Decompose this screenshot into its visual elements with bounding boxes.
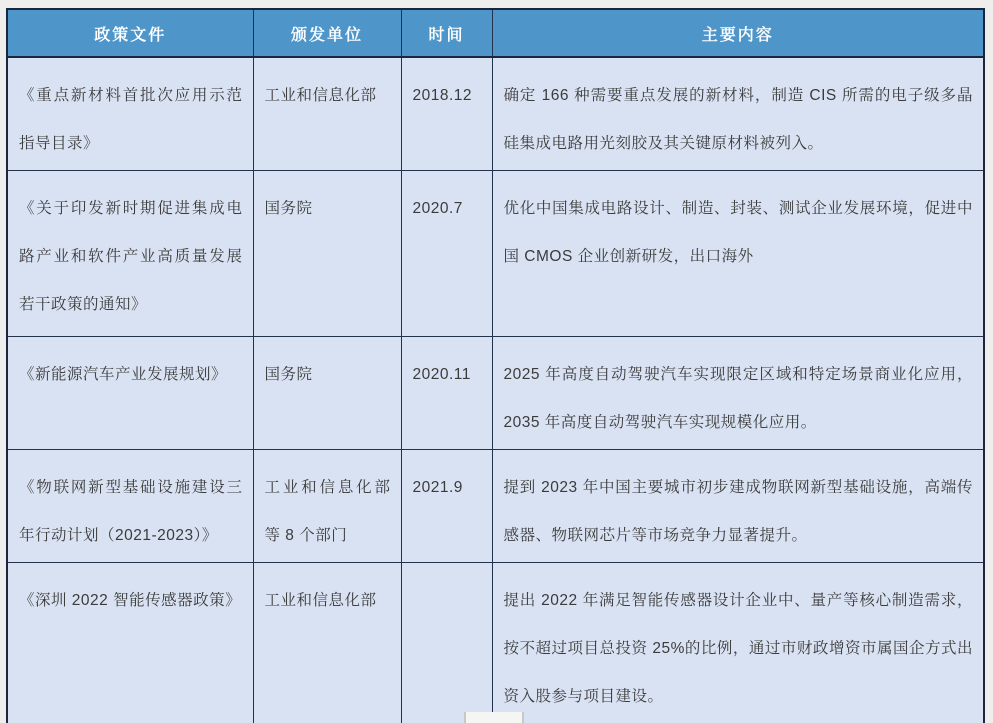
table-row: 《物联网新型基础设施建设三年行动计划（2021-2023）》 工业和信息化部等 … [7,450,984,563]
table-header-row: 政策文件 颁发单位 时间 主要内容 [7,9,984,57]
policy-cell: 《关于印发新时期促进集成电路产业和软件产业高质量发展若干政策的通知》 [7,171,253,337]
date-cell: 2018.12 [401,57,492,171]
column-header-time: 时间 [401,9,492,57]
horizontal-scrollbar-fragment[interactable] [464,712,524,723]
policy-cell: 《物联网新型基础设施建设三年行动计划（2021-2023）》 [7,450,253,563]
issuer-cell: 工业和信息化部等 8 个部门 [253,450,401,563]
column-header-issuing-unit: 颁发单位 [253,9,401,57]
column-header-main-content: 主要内容 [492,9,984,57]
column-header-policy-document: 政策文件 [7,9,253,57]
content-cell: 提出 2022 年满足智能传感器设计企业中、量产等核心制造需求，按不超过项目总投… [492,563,984,723]
issuer-cell: 工业和信息化部 [253,57,401,171]
table-row: 《新能源汽车产业发展规划》 国务院 2020.11 2025 年高度自动驾驶汽车… [7,337,984,450]
issuer-cell: 国务院 [253,337,401,450]
date-cell [401,563,492,723]
issuer-cell: 工业和信息化部 [253,563,401,723]
policy-cell: 《深圳 2022 智能传感器政策》 [7,563,253,723]
content-cell: 提到 2023 年中国主要城市初步建成物联网新型基础设施，高端传感器、物联网芯片… [492,450,984,563]
content-cell: 2025 年高度自动驾驶汽车实现限定区域和特定场景商业化应用，2035 年高度自… [492,337,984,450]
policy-cell: 《重点新材料首批次应用示范指导目录》 [7,57,253,171]
date-cell: 2020.7 [401,171,492,337]
table-row: 《重点新材料首批次应用示范指导目录》 工业和信息化部 2018.12 确定 16… [7,57,984,171]
content-cell: 优化中国集成电路设计、制造、封装、测试企业发展环境，促进中国 CMOS 企业创新… [492,171,984,337]
policy-table: 政策文件 颁发单位 时间 主要内容 《重点新材料首批次应用示范指导目录》 工业和… [6,8,985,723]
table-row: 《深圳 2022 智能传感器政策》 工业和信息化部 提出 2022 年满足智能传… [7,563,984,723]
issuer-cell: 国务院 [253,171,401,337]
date-cell: 2021.9 [401,450,492,563]
table-row: 《关于印发新时期促进集成电路产业和软件产业高质量发展若干政策的通知》 国务院 2… [7,171,984,337]
date-cell: 2020.11 [401,337,492,450]
content-cell: 确定 166 种需要重点发展的新材料，制造 CIS 所需的电子级多晶硅集成电路用… [492,57,984,171]
policy-cell: 《新能源汽车产业发展规划》 [7,337,253,450]
